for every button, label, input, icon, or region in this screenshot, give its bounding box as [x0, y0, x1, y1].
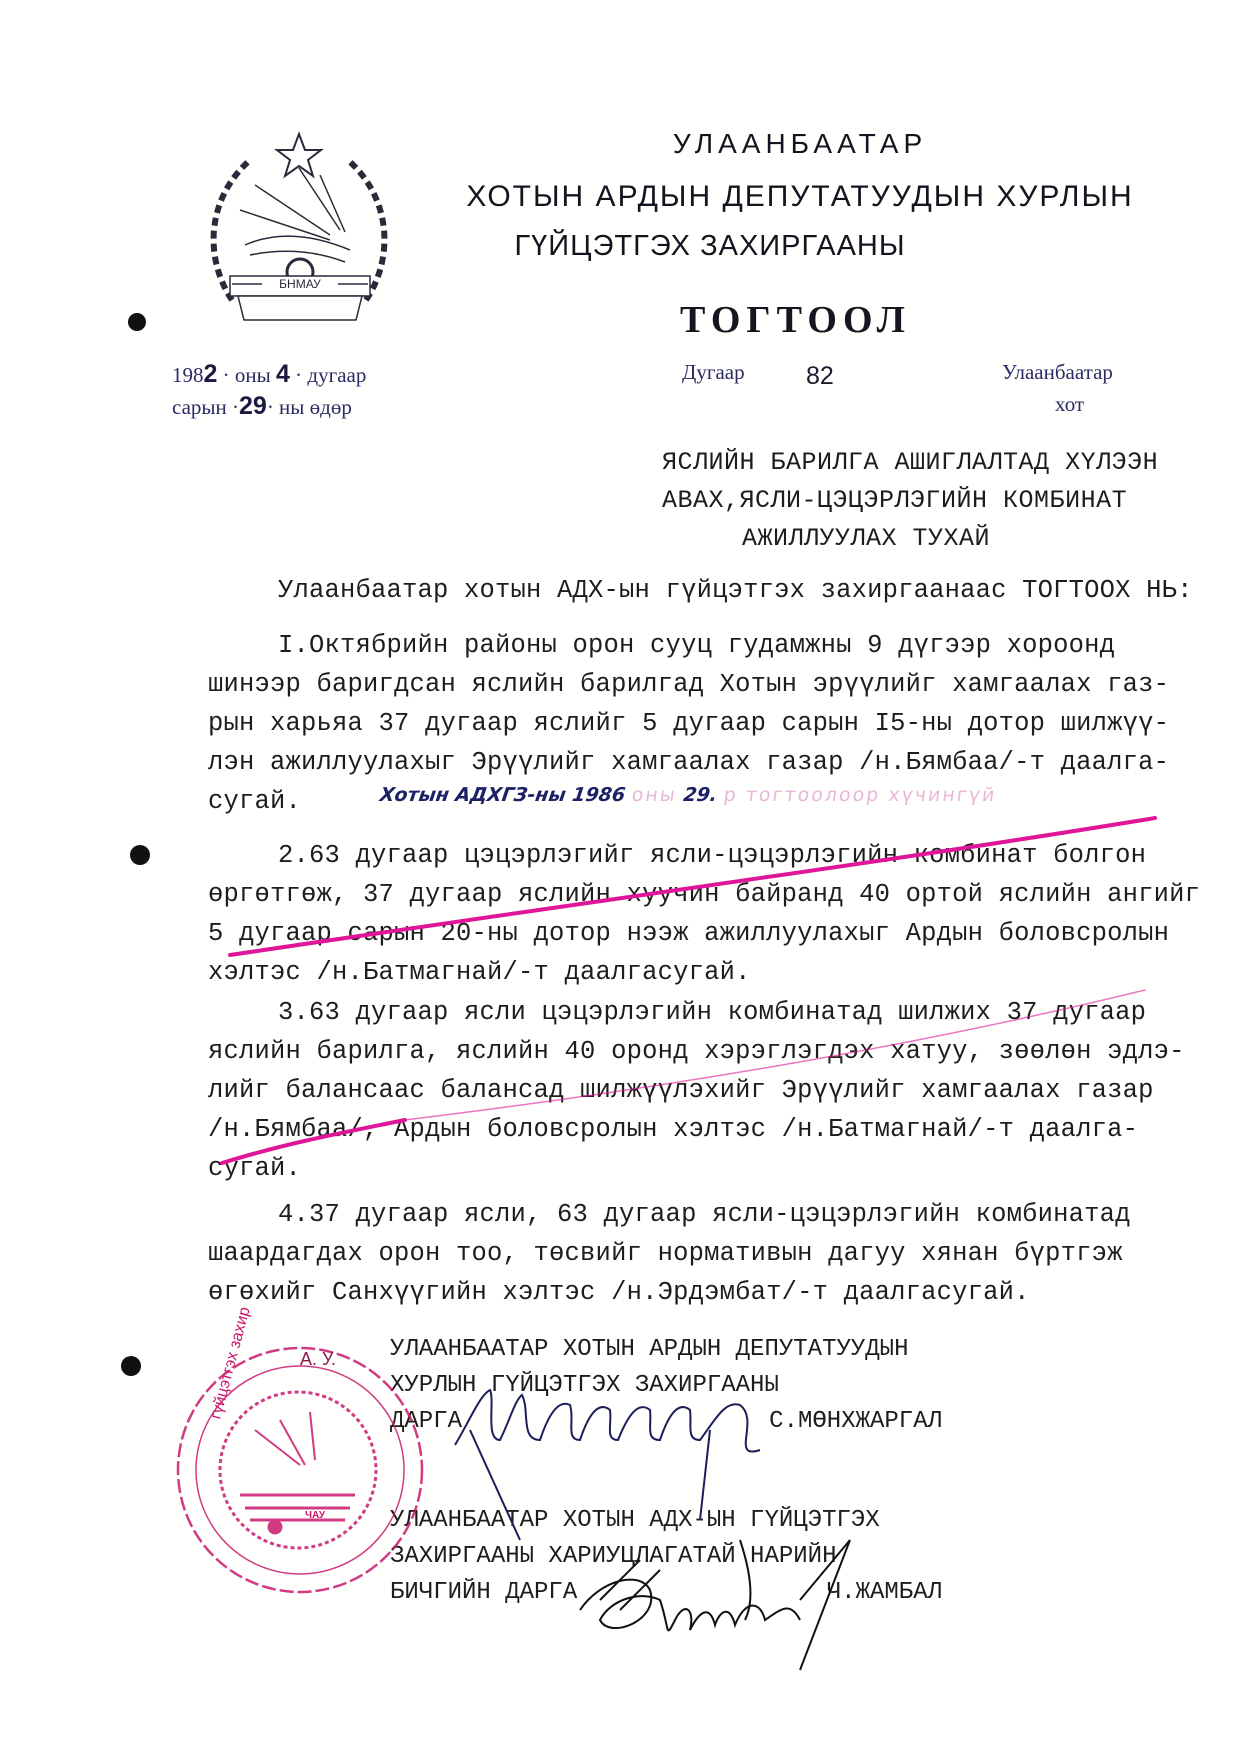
handwritten-annulment-note: Хотын АДХГЗ-ны 1986 оны 29. р тогтоолоор… [378, 784, 998, 806]
svg-text:БНМАУ: БНМАУ [279, 277, 321, 291]
signer-name: Ч.ЖАМБАЛ [827, 1575, 942, 1611]
header-executive: ГҮЙЦЭТГЭХ ЗАХИРГААНЫ [440, 230, 980, 263]
signature-block-secretary: УЛААНБААТАР ХОТЫН АДХ-ЫН ГҮЙЦЭТГЭХ ЗАХИР… [390, 1503, 950, 1611]
official-seal-stamp [178, 1348, 422, 1592]
clause-4: 4.37 дугаар ясли, 63 дугаар ясли-цэцэрлэ… [208, 1195, 1193, 1312]
header-city: УЛААНБААТАР [420, 128, 1180, 160]
place-hot: хот [1055, 392, 1084, 417]
signer-name: С.МӨНХЖАРГАЛ [769, 1404, 942, 1440]
clause-2: 2.63 дугаар цэцэрлэгийг ясли-цэцэрлэгийн… [208, 836, 1193, 992]
resolution-document: БНМАУ УЛААНБААТАР ХОТЫН АРДЫН ДЕПУТАТУУД… [0, 0, 1240, 1753]
punch-hole-icon [121, 313, 150, 1376]
header-council: ХОТЫН АРДЫН ДЕПУТАТУУДЫН ХУРЛЫН [420, 180, 1180, 214]
document-title: ТОГТООЛ [680, 298, 880, 342]
place-city: Улаанбаатар [1002, 360, 1113, 385]
svg-text:ЧАУ: ЧАУ [305, 1510, 326, 1521]
date-line-2: сарын ·29· ны өдөр [172, 392, 352, 421]
date-line-1: 1982 · оны 4 · дугаар [172, 360, 366, 389]
svg-text:А. У.: А. У. [300, 1349, 336, 1369]
signature-block-chairman: УЛААНБААТАР ХОТЫН АРДЫН ДЕПУТАТУУДЫН ХУР… [390, 1332, 950, 1440]
resolution-intro: Улаанбаатар хотын АДХ-ын гүйцэтгэх захир… [208, 571, 1193, 610]
resolution-number-label: Дугаар [682, 360, 745, 385]
clause-3: 3.63 дугаар ясли цэцэрлэгийн комбинатад … [208, 993, 1193, 1188]
svg-text:гүйцэтгэх захир: гүйцэтгэх захир [207, 1305, 253, 1421]
subject-heading: ЯСЛИЙН БАРИЛГА АШИГЛАЛТАД ХҮЛЭЭН АВАХ,ЯС… [662, 444, 1182, 558]
resolution-number: 82 [806, 362, 834, 391]
